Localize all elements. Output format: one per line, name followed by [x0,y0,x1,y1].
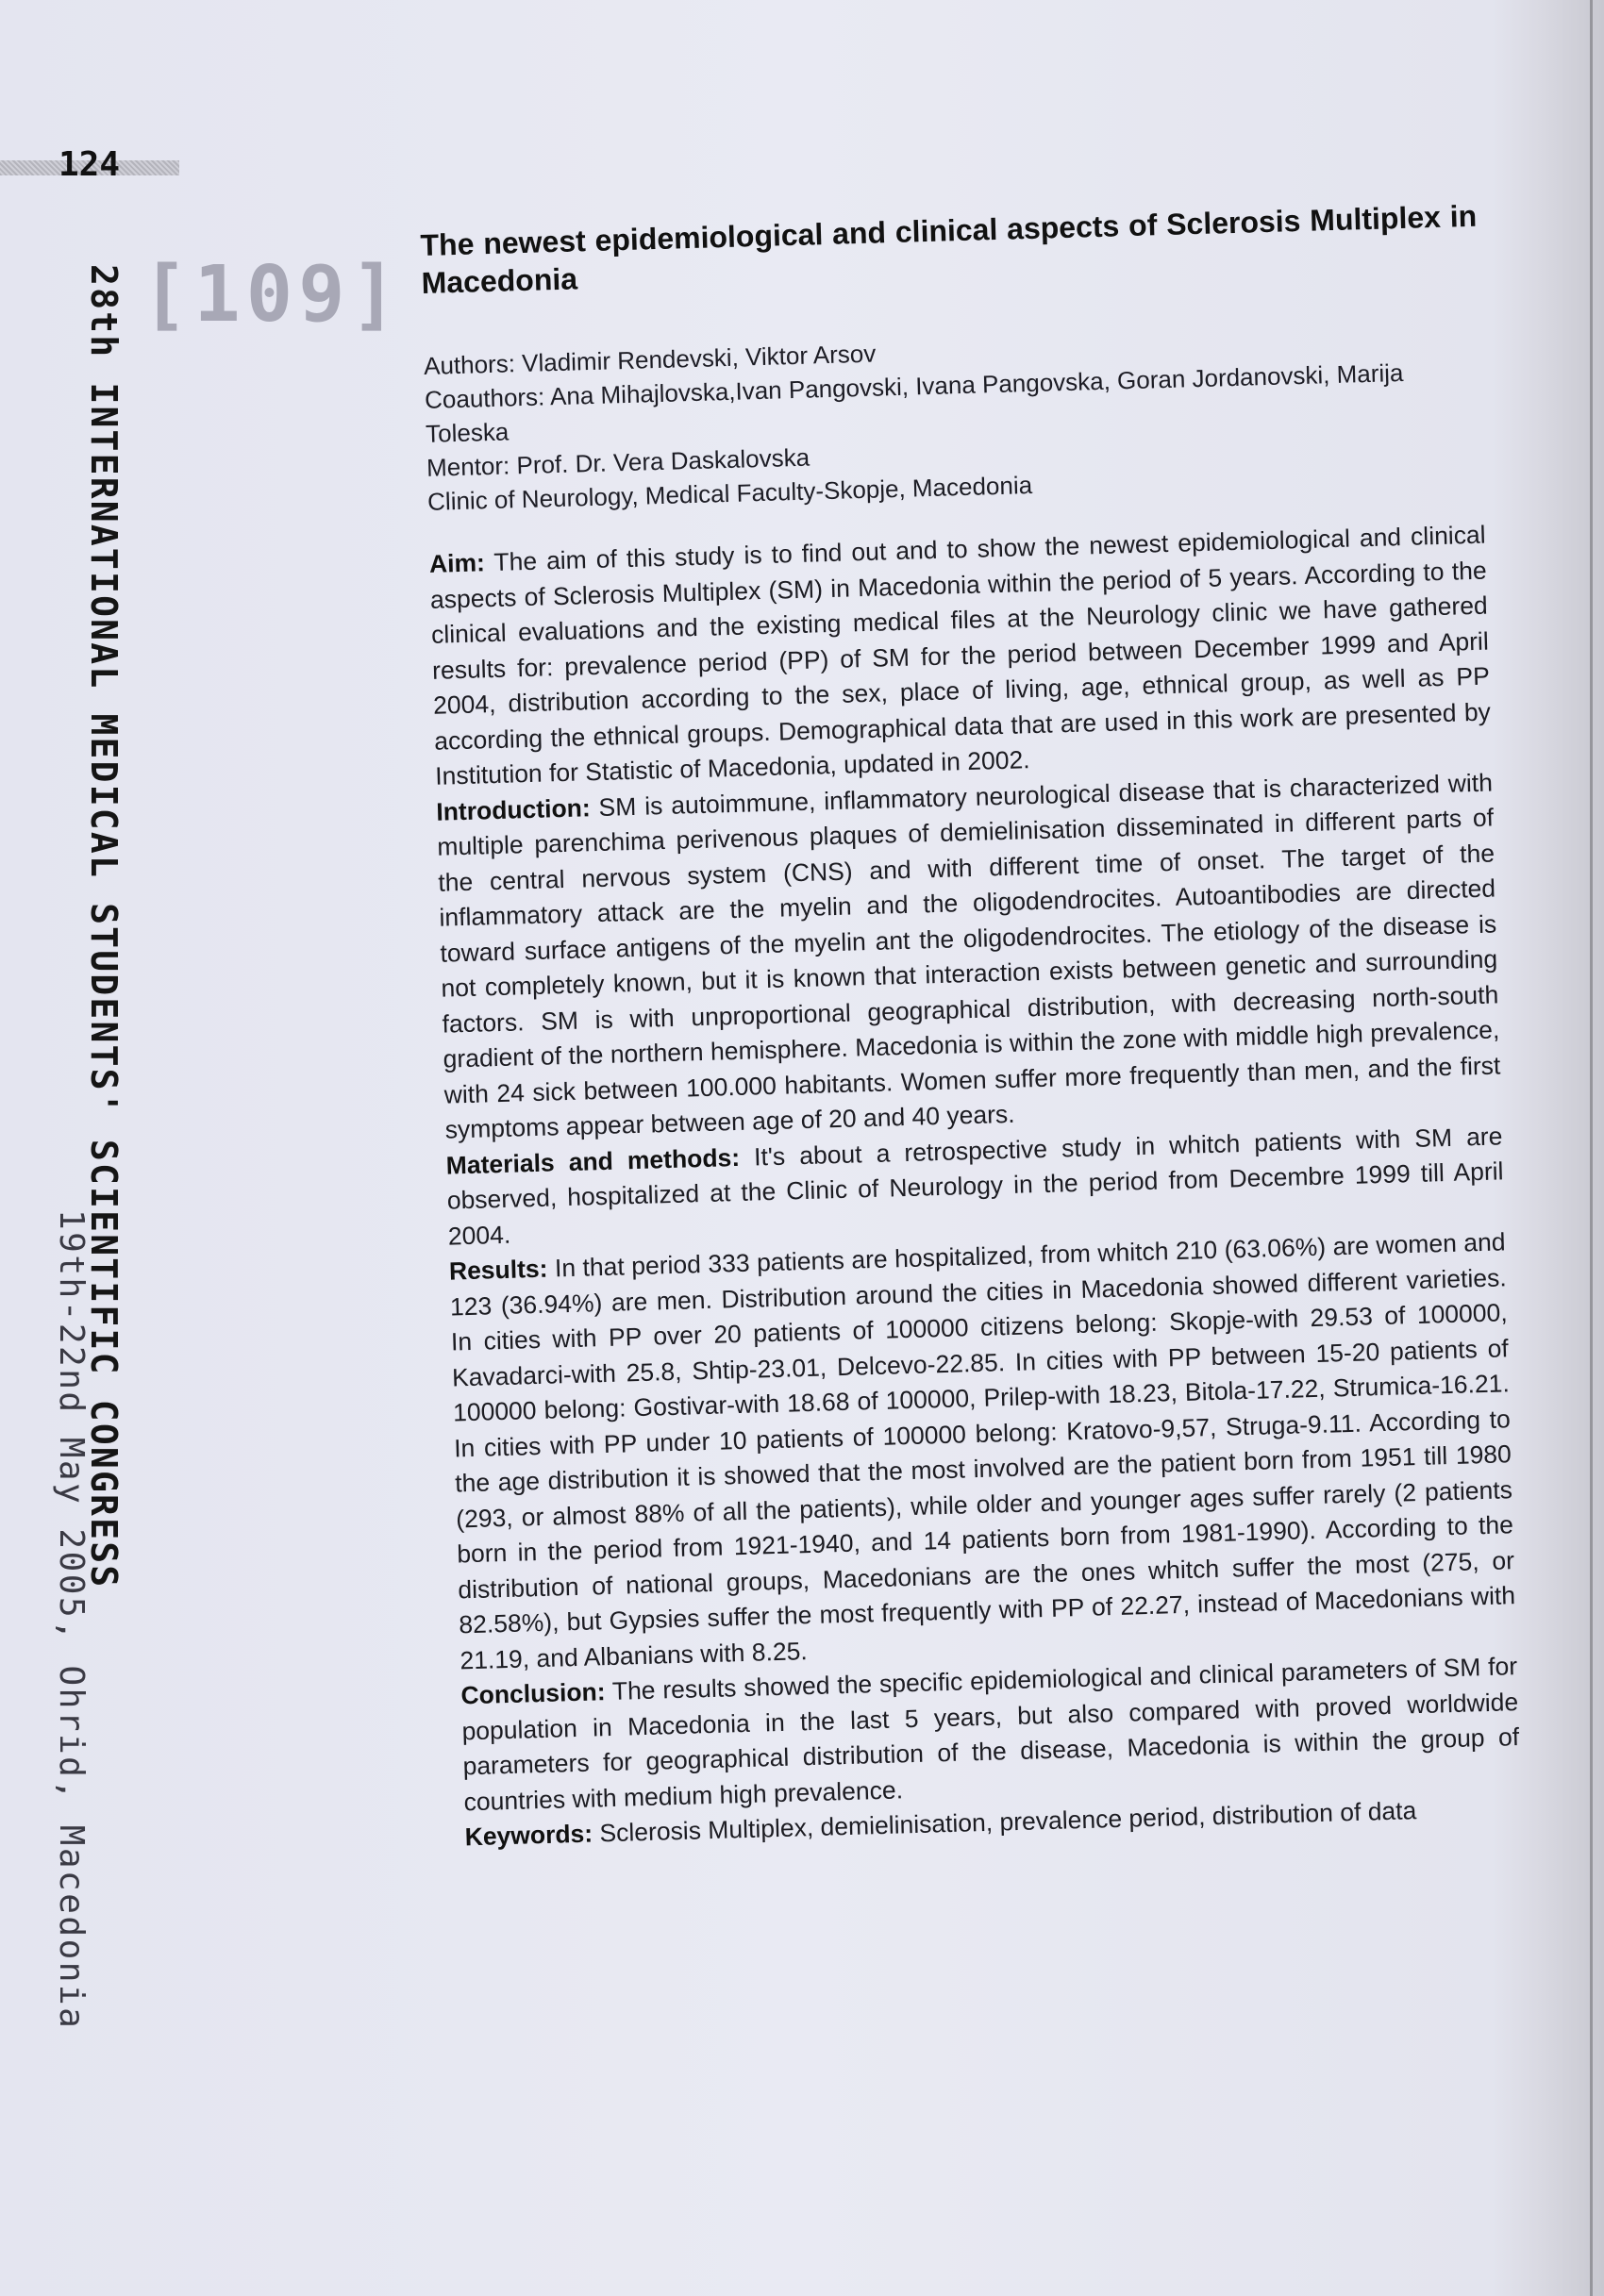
section-label: Keywords: [464,1820,593,1852]
article-title: The newest epidemiological and clinical … [420,197,1479,302]
page-number: 124 [58,145,120,184]
section-label: Conclusion: [460,1677,606,1709]
scanned-page: 124 28th INTERNATIONAL MEDICAL STUDENTS'… [0,0,1604,2296]
section-results: Results: In that period 333 patients are… [448,1224,1516,1678]
section-text: In that period 333 patients are hospital… [450,1227,1516,1674]
section-label: Aim: [429,548,486,578]
page-number-header: 124 [0,149,179,177]
article-meta: Authors: Vladimir Rendevski, Viktor Arso… [424,320,1485,519]
abstract-number: [109] [142,250,403,340]
section-label: Results: [449,1255,548,1286]
section-text: The results showed the specific epidemio… [461,1652,1519,1816]
abstract-sections: Aim: The aim of this study is to find ou… [428,518,1521,1855]
section-aim: Aim: The aim of this study is to find ou… [428,518,1492,795]
section-label: Introduction: [436,793,591,826]
section-text: SM is autoimmune, inflammatory neurologi… [437,768,1501,1144]
page-binding-edge [1590,0,1593,2296]
section-introduction: Introduction: SM is autoimmune, inflamma… [436,765,1502,1148]
section-label: Materials and methods: [445,1142,740,1179]
abstract-body: The newest epidemiological and clinical … [420,197,1522,1855]
conference-date-location: 19th-22nd May 2005, Ohrid, Macedonia [52,1209,91,2030]
section-text: The aim of this study is to find out and… [430,521,1492,790]
conference-title: 28th INTERNATIONAL MEDICAL STUDENTS' SCI… [83,264,125,1589]
